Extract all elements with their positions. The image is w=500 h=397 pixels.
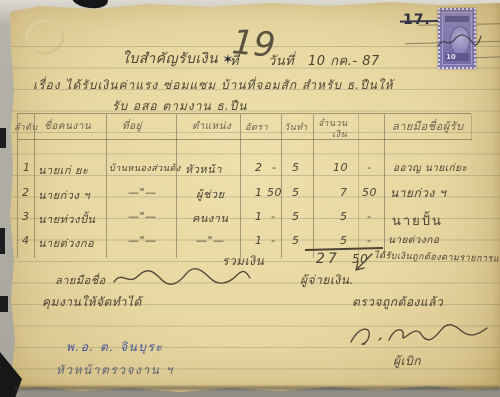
col-header-seq: ลำดับ <box>14 120 38 134</box>
table-line-right <box>471 114 472 141</box>
row-amount-satang: - <box>367 234 371 247</box>
table-line <box>358 114 359 258</box>
doc-no-label: ที่ <box>230 50 239 71</box>
scan-edge-mark <box>0 296 8 312</box>
row-position: ผู้ช่วย <box>196 185 225 203</box>
col-header-name: ชื่อคนงาน <box>44 119 91 134</box>
row-signature: ออวญ นายเก่ยะ <box>393 161 467 176</box>
col-header-signature: ลายมือชื่อผู้รับ <box>392 117 464 135</box>
row-days: 5 <box>292 234 300 247</box>
row-address-ditto: —"— <box>128 186 157 199</box>
row-signature: นายต่วงกอ <box>388 233 439 248</box>
table-line <box>34 114 35 258</box>
corner-number-strikethrough <box>400 19 468 22</box>
stamp-denomination: 10 <box>446 53 456 61</box>
approver-name: พ.อ. ต. จินบุระ <box>66 338 163 357</box>
col-header-position: ตำแหน่ง <box>192 119 231 134</box>
pencil-line <box>405 41 500 44</box>
date-label: วันที่ <box>268 50 294 71</box>
revenue-stamp-frame: 10 <box>442 12 472 65</box>
total-satang: 50 <box>352 252 368 266</box>
paper-bottom-shadow <box>14 386 500 390</box>
total-label: รวมเงิน <box>222 252 264 271</box>
payer-signature-stroke <box>112 268 252 288</box>
crossout-mark: ✶ <box>222 52 234 68</box>
row-rate-baht: 1 <box>255 234 263 247</box>
col-header-address: ที่อยู่ <box>122 119 142 134</box>
scan-edge-mark <box>0 128 6 148</box>
stamp-bottom-band <box>445 53 469 61</box>
row-amount-satang: - <box>367 161 371 174</box>
row-address: บ้านหนองส่วนต้ง <box>109 161 181 175</box>
signature-label: ลายมือชื่อ <box>55 271 106 289</box>
row-days: 5 <box>292 210 300 223</box>
supervise-note: คุมงานให้จัดทำได้ <box>42 293 142 312</box>
paper-sheet: 17. 10 ใบสำคัญรับเงิน ที่ ✶ 19 วันที่ 10… <box>0 0 500 397</box>
row-days: 5 <box>292 186 300 199</box>
total-overline <box>305 247 383 251</box>
table-line <box>106 114 107 258</box>
table-line <box>281 114 282 258</box>
claimant-label: ผู้เบิก <box>393 352 421 371</box>
row-address-ditto: —"— <box>128 234 157 247</box>
row-days: 5 <box>292 161 300 174</box>
row-name: นายต่วงกอ <box>38 234 94 252</box>
row-rate-satang: - <box>272 161 276 174</box>
table-line <box>176 114 177 258</box>
payer-label: ผู้จ่ายเงิน. <box>300 271 354 290</box>
row-amount-baht: 10 <box>333 161 348 174</box>
stamp-cancellation-stroke <box>436 28 482 54</box>
row-seq: 2 <box>22 186 30 199</box>
total-note: ได้รับเงินถูกต้องตามรายการแล้ว. <box>374 248 500 266</box>
subject-line-1: เรื่อง ได้รับเงินค่าแรง ซ่อมแซม บ้านที่จ… <box>33 76 394 95</box>
col-header-amount-2: เงิน <box>332 127 347 141</box>
ruled-lines <box>0 46 500 378</box>
col-header-days: วันทำ <box>284 120 308 134</box>
revenue-stamp: 10 <box>438 8 476 69</box>
row-rate-baht: 2 <box>255 161 263 174</box>
scan-edge-mark <box>0 228 5 254</box>
row-address-ditto: —"— <box>128 210 157 223</box>
row-name: นายก่วง ฯ <box>38 186 90 204</box>
subject-line-2: รับ อสอ ตามงาน ธ.ปืน <box>112 97 247 116</box>
pencil-line <box>418 23 500 25</box>
approver-title: หัวหน้าตรวจงาน ฯ <box>56 361 174 380</box>
table-line <box>313 114 314 258</box>
verified-note: ตรวจถูกต้องแล้ว <box>352 293 443 312</box>
row-name: นายเก่ ยะ <box>38 161 88 179</box>
stamp-top-band <box>445 16 469 22</box>
row-rate-baht: 1 <box>255 186 263 199</box>
page-title: ใบสำคัญรับเงิน <box>122 48 218 70</box>
row-position: หัวหน้า <box>185 160 222 178</box>
stamp-portrait-oval <box>450 26 470 56</box>
claimant-signature-stroke <box>345 322 490 350</box>
doc-number: 19 <box>230 22 277 66</box>
row-rate-satang: - <box>271 234 275 247</box>
row-seq: 3 <box>22 210 30 223</box>
row-amount-satang: - <box>367 210 371 223</box>
row-rate-satang: - <box>271 210 275 223</box>
row-amount-baht: 7 <box>340 186 348 199</box>
total-baht: 27 <box>316 251 340 267</box>
row-amount-baht: 5 <box>340 210 348 223</box>
row-amount-satang: 50 <box>362 186 377 199</box>
embossed-seal <box>26 20 64 54</box>
row-rate-baht: 1 <box>255 210 263 223</box>
scanned-receipt-document: 17. 10 ใบสำคัญรับเงิน ที่ ✶ 19 วันที่ 10… <box>0 0 500 397</box>
corner-number: 17. <box>403 12 431 28</box>
row-name: นายท่วงปั้น <box>38 210 95 228</box>
row-signature: นายปั้น <box>392 210 443 231</box>
row-position: คนงาน <box>192 209 228 227</box>
pencil-line <box>462 56 500 58</box>
row-seq: 1 <box>23 161 31 174</box>
table-line <box>240 114 241 258</box>
col-header-rate: อัตรา <box>245 120 268 134</box>
table-header-underline <box>17 139 471 140</box>
arrow-mark <box>352 252 376 274</box>
row-signature: นายก่วง ฯ <box>390 184 446 203</box>
row-seq: 4 <box>22 234 30 247</box>
table-top-border <box>17 113 471 114</box>
table-line-left <box>17 114 18 258</box>
row-rate-satang: 50 <box>267 186 282 199</box>
row-amount-baht: 5 <box>340 234 348 247</box>
row-position-ditto: —"— <box>196 234 225 247</box>
table-line <box>384 114 385 258</box>
col-header-amount-1: จำนวน <box>318 116 348 130</box>
doc-date: 10 กค.- 87 <box>308 50 380 71</box>
